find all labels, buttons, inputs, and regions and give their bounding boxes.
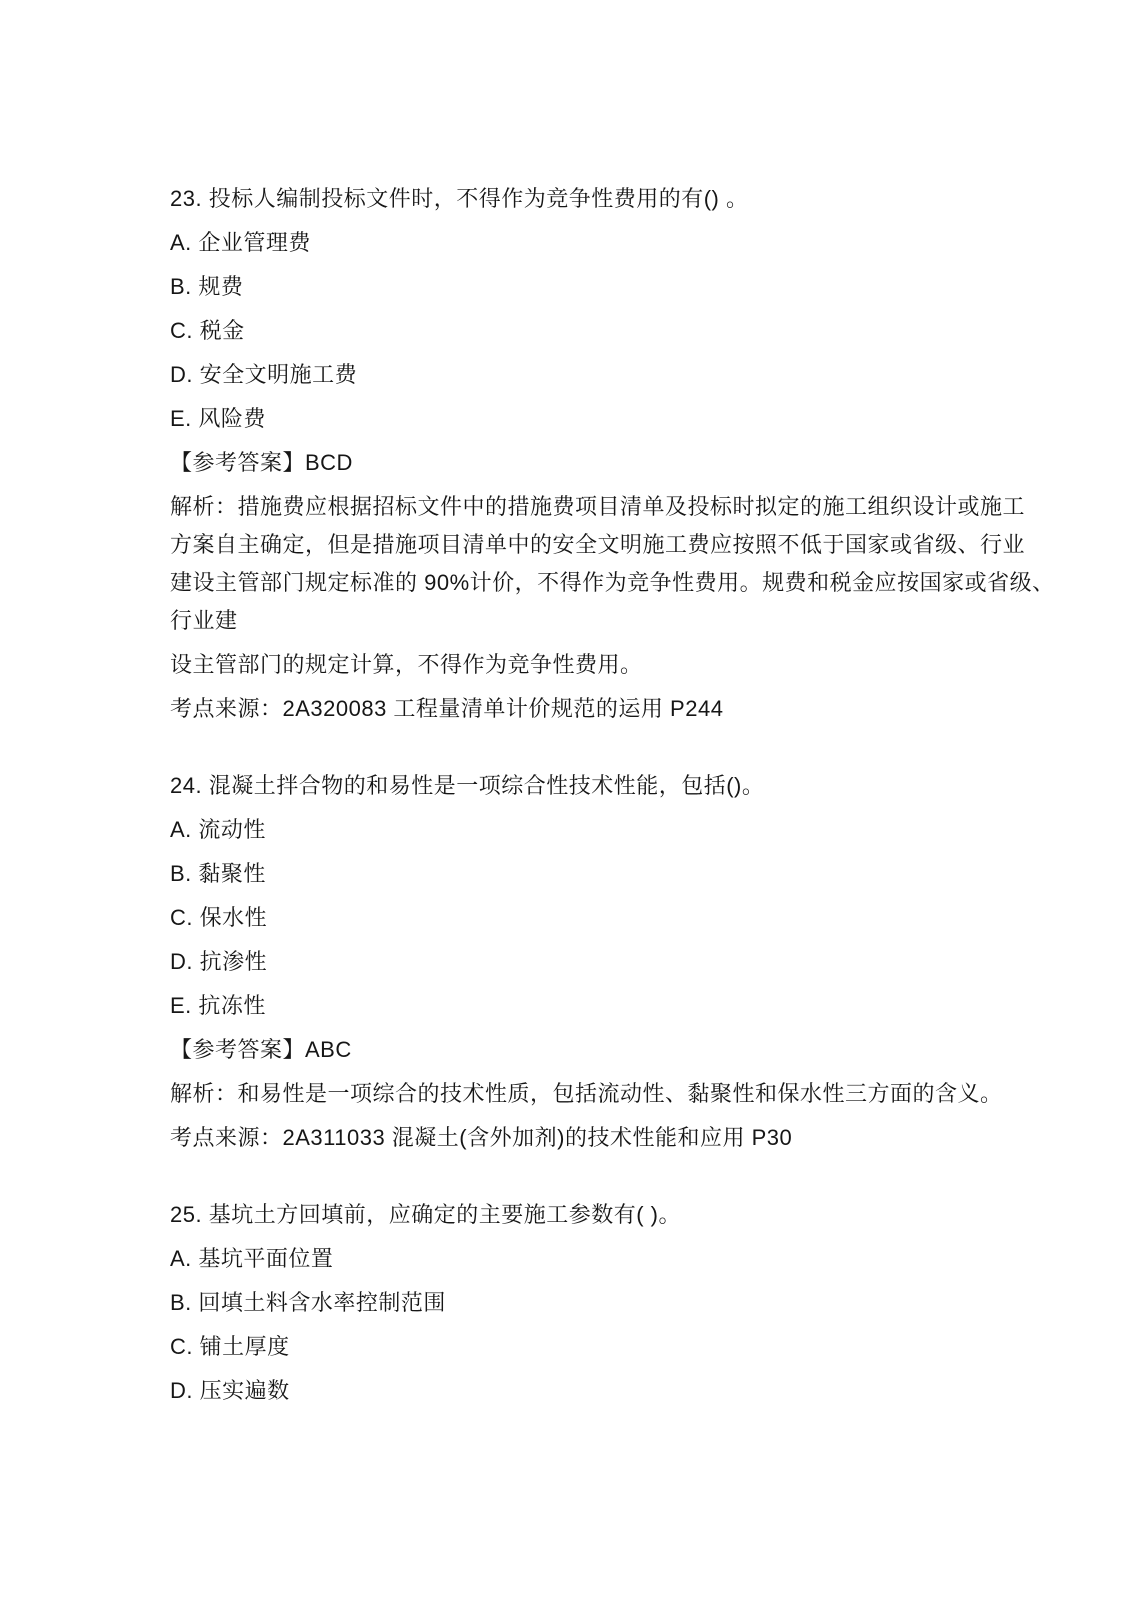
option-a: A. 流动性 [170,815,985,844]
analysis-line: 方案自主确定，但是措施项目清单中的安全文明施工费应按照不低于国家或省级、行业 [170,530,985,559]
option-a: A. 企业管理费 [170,228,985,257]
option-c: C. 铺土厚度 [170,1332,985,1361]
question-stem: 25. 基坑土方回填前，应确定的主要施工参数有( )。 [170,1200,985,1229]
source-line: 考点来源：2A311033 混凝土(含外加剂)的技术性能和应用 P30 [170,1123,985,1152]
exam-document-page: { "page": { "background": "#ffffff", "te… [0,0,1131,1600]
option-d: D. 安全文明施工费 [170,360,985,389]
analysis-line: 行业建 [170,606,985,635]
question-25-block: 25. 基坑土方回填前，应确定的主要施工参数有( )。 A. 基坑平面位置 B.… [170,1200,985,1405]
analysis-line: 建设主管部门规定标准的 90%计价，不得作为竞争性费用。规费和税金应按国家或省级… [170,568,985,597]
analysis-line: 解析：和易性是一项综合的技术性质，包括流动性、黏聚性和保水性三方面的含义。 [170,1079,985,1108]
option-d: D. 抗渗性 [170,947,985,976]
option-c: C. 税金 [170,316,985,345]
option-b: B. 回填土料含水率控制范围 [170,1288,985,1317]
option-e: E. 风险费 [170,404,985,433]
analysis-line: 解析：措施费应根据招标文件中的措施费项目清单及投标时拟定的施工组织设计或施工 [170,492,985,521]
document-content: 23. 投标人编制投标文件时，不得作为竞争性费用的有() 。 A. 企业管理费 … [170,184,985,1453]
option-c: C. 保水性 [170,903,985,932]
reference-answer: 【参考答案】BCD [170,448,985,477]
question-stem: 23. 投标人编制投标文件时，不得作为竞争性费用的有() 。 [170,184,985,213]
reference-answer: 【参考答案】ABC [170,1035,985,1064]
analysis-continuation: 设主管部门的规定计算，不得作为竞争性费用。 [170,650,985,679]
option-d: D. 压实遍数 [170,1376,985,1405]
option-a: A. 基坑平面位置 [170,1244,985,1273]
option-b: B. 规费 [170,272,985,301]
option-b: B. 黏聚性 [170,859,985,888]
question-23-block: 23. 投标人编制投标文件时，不得作为竞争性费用的有() 。 A. 企业管理费 … [170,184,985,723]
question-stem: 24. 混凝土拌合物的和易性是一项综合性技术性能，包括()。 [170,771,985,800]
question-24-block: 24. 混凝土拌合物的和易性是一项综合性技术性能，包括()。 A. 流动性 B.… [170,771,985,1152]
option-e: E. 抗冻性 [170,991,985,1020]
source-line: 考点来源：2A320083 工程量清单计价规范的运用 P244 [170,694,985,723]
